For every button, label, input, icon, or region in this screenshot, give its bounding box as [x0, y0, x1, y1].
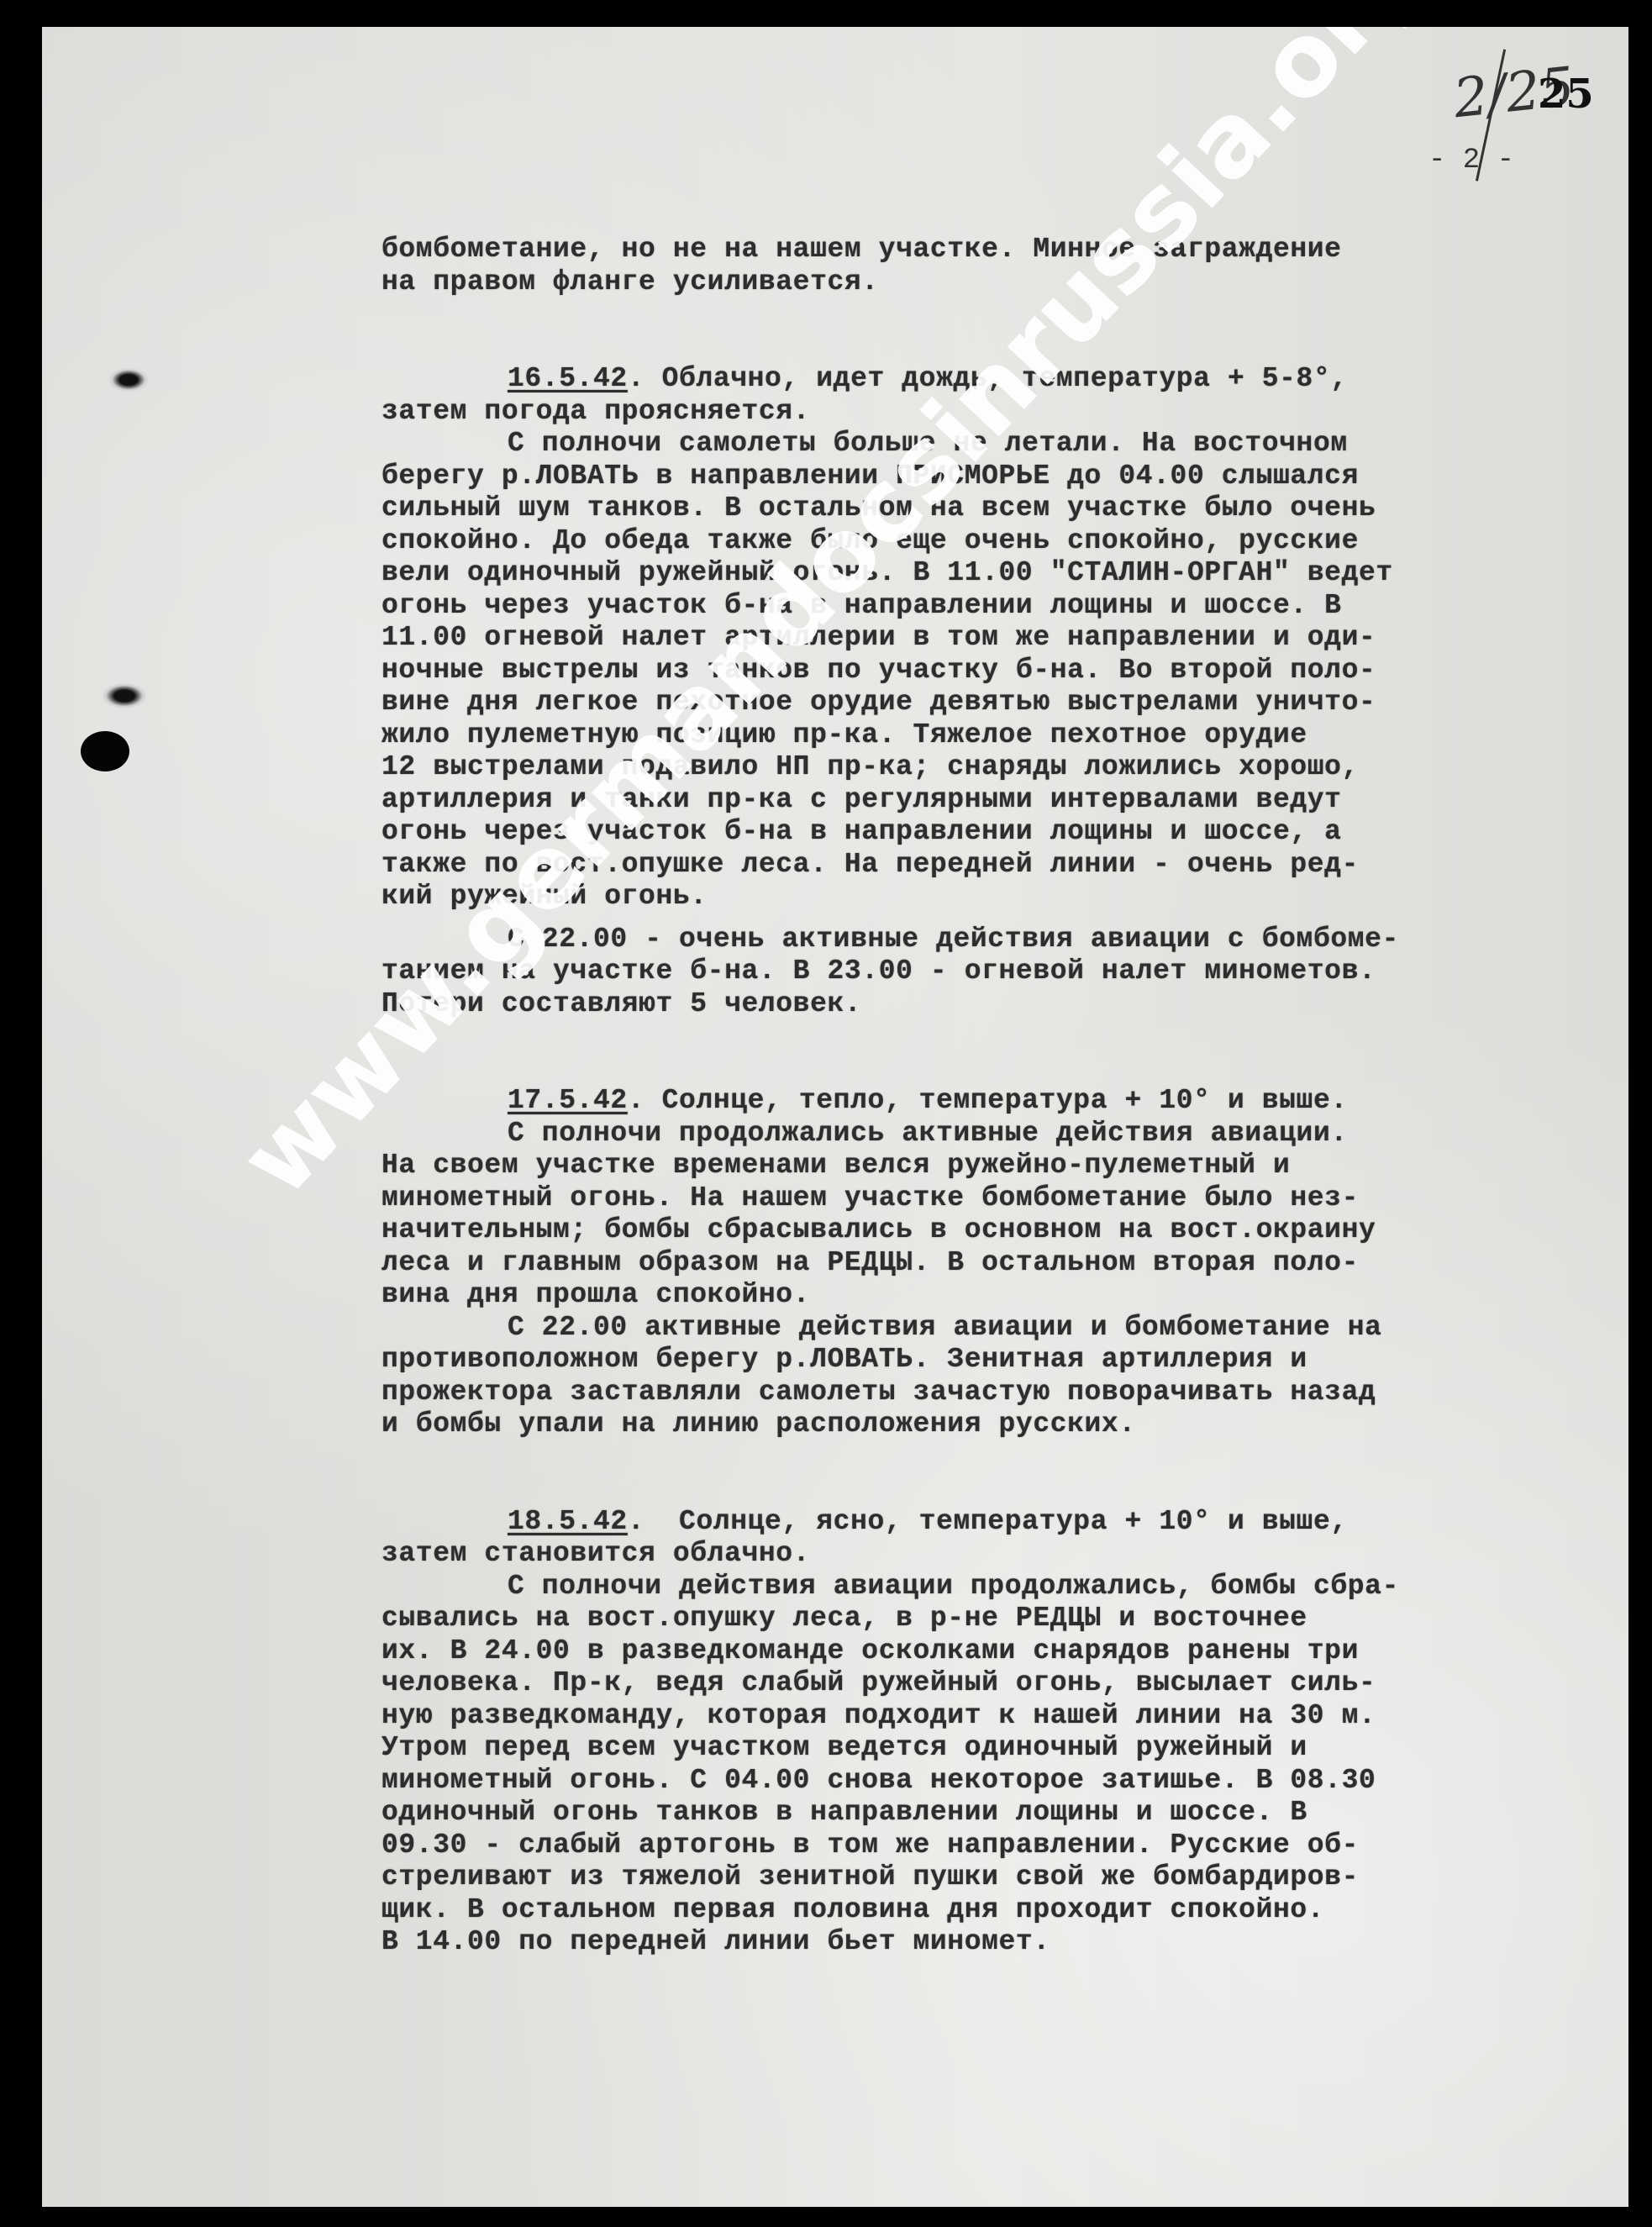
entry-date: 16.5.42	[508, 363, 628, 394]
entry-header: 17.5.42. Солнце, тепло, температура + 10…	[381, 1085, 1625, 1118]
entry-line: огонь через участок б-на в направлении л…	[381, 590, 1625, 623]
entry-line: Утром перед всем участком ведется одиноч…	[381, 1732, 1625, 1765]
entry-line: В 14.00 по передней линии бьет миномет.	[381, 1926, 1625, 1959]
entry-line: одиночный огонь танков в направлении лощ…	[381, 1797, 1625, 1830]
entry-line: минометный огонь. На нашем участке бомбо…	[381, 1182, 1625, 1215]
entry-line: танием на участке б-на. В 23.00 - огнево…	[381, 956, 1625, 988]
entry-line: 11.00 огневой налет артиллерии в том же …	[381, 622, 1625, 655]
entry-weather: . Солнце, ясно, температура + 10° и выше…	[628, 1506, 1348, 1537]
paragraph-gap	[381, 1020, 1625, 1085]
punch-hole-bottom	[81, 731, 129, 771]
typed-page-marker: - 2 -	[1428, 145, 1514, 176]
entry-line: ную разведкоманду, которая подходит к на…	[381, 1700, 1625, 1733]
paragraph-gap	[381, 1441, 1625, 1506]
entry-line: противоположном берегу р.ЛОВАТЬ. Зенитна…	[381, 1344, 1625, 1377]
entry-line: минометный огонь. С 04.00 снова некоторо…	[381, 1765, 1625, 1798]
punch-hole-top	[108, 367, 150, 392]
entry-line: жило пулеметную позицию пр-ка. Тяжелое п…	[381, 719, 1625, 752]
intro-line: на правом фланге усиливается.	[381, 266, 1625, 299]
entry-line: человека. Пр-к, ведя слабый ружейный ого…	[381, 1667, 1625, 1700]
entry-line: С полночи действия авиации продолжались,…	[381, 1571, 1625, 1603]
entry-header: 18.5.42. Солнце, ясно, температура + 10°…	[381, 1506, 1625, 1539]
entry-line: их. В 24.00 в разведкоманде осколками сн…	[381, 1635, 1625, 1668]
entry-line: леса и главным образом на РЕДЦЫ. В остал…	[381, 1247, 1625, 1280]
entry-line: начительным; бомбы сбрасывались в основн…	[381, 1214, 1625, 1247]
entry-date: 18.5.42	[508, 1506, 628, 1537]
entry-line: сывались на вост.опушку леса, в р-не РЕД…	[381, 1603, 1625, 1635]
intro-line: бомбометание, но не на нашем участке. Ми…	[381, 234, 1625, 266]
entry-line: спокойно. До обеда также было еще очень …	[381, 525, 1625, 558]
entry-line: 09.30 - слабый артогонь в том же направл…	[381, 1830, 1625, 1862]
entry-line: С 22.00 активные действия авиации и бомб…	[381, 1312, 1625, 1345]
entry-line: сильный шум танков. В остальном на всем …	[381, 492, 1625, 525]
punch-hole-middle	[101, 682, 148, 709]
document-body: бомбометание, но не на нашем участке. Ми…	[381, 234, 1625, 1959]
entry-line: На своем участке временами велся ружейно…	[381, 1150, 1625, 1182]
entry-line: С полночи продолжались активные действия…	[381, 1118, 1625, 1150]
entry-line: вина дня прошла спокойно.	[381, 1279, 1625, 1312]
document-page: 2/25 25 - 2 - бомбометание, но не на наш…	[42, 27, 1628, 2207]
entry-line: затем становится облачно.	[381, 1538, 1625, 1571]
entry-date: 17.5.42	[508, 1085, 628, 1116]
entry-line: стреливают из тяжелой зенитной пушки сво…	[381, 1861, 1625, 1894]
entry-weather: . Солнце, тепло, температура + 10° и выш…	[628, 1085, 1348, 1116]
entry-line: вине дня легкое пехотное орудие девятью …	[381, 687, 1625, 719]
entry-line: ночные выстрелы из танков по участку б-н…	[381, 655, 1625, 687]
entry-line: прожектора заставляли самолеты зачастую …	[381, 1377, 1625, 1409]
entry-line: Потери составляют 5 человек.	[381, 988, 1625, 1021]
archive-page-number: 25	[1538, 71, 1594, 118]
entry-line: вели одиночный ружейный огонь. В 11.00 "…	[381, 557, 1625, 590]
entry-line: щик. В остальном первая половина дня про…	[381, 1894, 1625, 1927]
entry-line: и бомбы упали на линию расположения русс…	[381, 1408, 1625, 1441]
